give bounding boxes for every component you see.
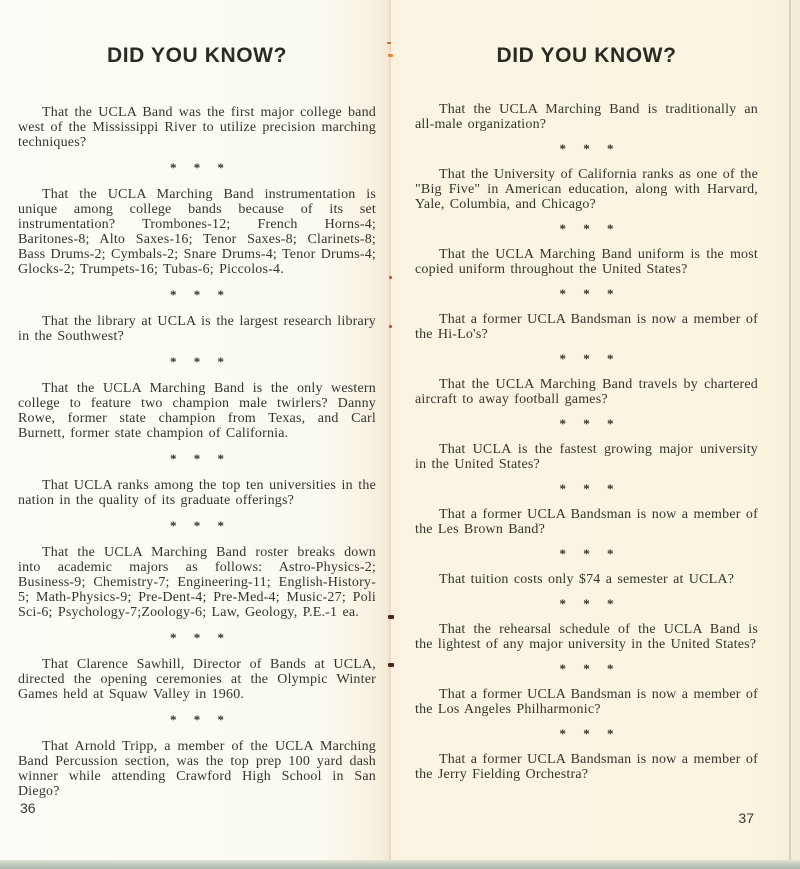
scan-speck — [388, 54, 393, 57]
page-left: DID YOU KNOW? That the UCLA Band was the… — [0, 0, 390, 860]
asterisk-separator: * * * — [18, 520, 376, 532]
asterisk-separator: * * * — [415, 728, 758, 740]
asterisk-separator: * * * — [415, 143, 758, 155]
fact-paragraph: That the library at UCLA is the largest … — [18, 314, 376, 344]
scan-speck — [389, 325, 392, 328]
fact-paragraph: That the University of California ranks … — [415, 167, 758, 212]
asterisk-separator: * * * — [415, 223, 758, 235]
fact-paragraph: That a former UCLA Bandsman is now a mem… — [415, 507, 758, 537]
fact-paragraph: That the UCLA Band was the first major c… — [18, 105, 376, 150]
fact-paragraph: That Clarence Sawhill, Director of Bands… — [18, 657, 376, 702]
asterisk-separator: * * * — [18, 632, 376, 644]
asterisk-separator: * * * — [18, 453, 376, 465]
fact-paragraph: That the UCLA Marching Band instrumentat… — [18, 187, 376, 277]
scanner-edge-strip — [0, 860, 800, 869]
fact-paragraph: That UCLA ranks among the top ten univer… — [18, 478, 376, 508]
fact-paragraph: That a former UCLA Bandsman is now a mem… — [415, 752, 758, 782]
asterisk-separator: * * * — [415, 288, 758, 300]
asterisk-separator: * * * — [415, 598, 758, 610]
asterisk-separator: * * * — [18, 162, 376, 174]
fact-paragraph: That a former UCLA Bandsman is now a mem… — [415, 687, 758, 717]
asterisk-separator: * * * — [415, 353, 758, 365]
page-number-36: 36 — [20, 800, 36, 816]
fact-paragraph: That the rehearsal schedule of the UCLA … — [415, 622, 758, 652]
fact-paragraph: That the UCLA Marching Band is tradition… — [415, 102, 758, 132]
asterisk-separator: * * * — [415, 548, 758, 560]
fact-paragraph: That the UCLA Marching Band roster break… — [18, 545, 376, 620]
asterisk-separator: * * * — [415, 663, 758, 675]
page-number-37: 37 — [738, 810, 754, 826]
page-gutter-spine — [389, 0, 391, 860]
fact-paragraph: That Arnold Tripp, a member of the UCLA … — [18, 739, 376, 799]
fact-paragraph: That the UCLA Marching Band travels by c… — [415, 377, 758, 407]
fact-paragraph: That tuition costs only $74 a semester a… — [415, 572, 758, 587]
asterisk-separator: * * * — [18, 714, 376, 726]
scan-speck — [387, 42, 391, 44]
fact-paragraph: That a former UCLA Bandsman is now a mem… — [415, 312, 758, 342]
asterisk-separator: * * * — [18, 356, 376, 368]
page-right-title: DID YOU KNOW? — [415, 44, 758, 68]
page-right-facts: That the UCLA Marching Band is tradition… — [415, 102, 758, 782]
fact-paragraph: That the UCLA Marching Band is the only … — [18, 381, 376, 441]
fact-paragraph: That the UCLA Marching Band uniform is t… — [415, 247, 758, 277]
asterisk-separator: * * * — [18, 289, 376, 301]
scan-speck — [389, 276, 392, 279]
page-left-title: DID YOU KNOW? — [18, 44, 376, 68]
scan-speck — [388, 663, 394, 667]
scanned-booklet-spread: DID YOU KNOW? That the UCLA Band was the… — [0, 0, 800, 869]
page-left-facts: That the UCLA Band was the first major c… — [18, 105, 376, 799]
asterisk-separator: * * * — [415, 483, 758, 495]
fact-paragraph: That UCLA is the fastest growing major u… — [415, 442, 758, 472]
page-stack-edge — [789, 0, 800, 869]
page-right: DID YOU KNOW? That the UCLA Marching Ban… — [391, 0, 790, 860]
scan-speck — [388, 615, 394, 619]
asterisk-separator: * * * — [415, 418, 758, 430]
